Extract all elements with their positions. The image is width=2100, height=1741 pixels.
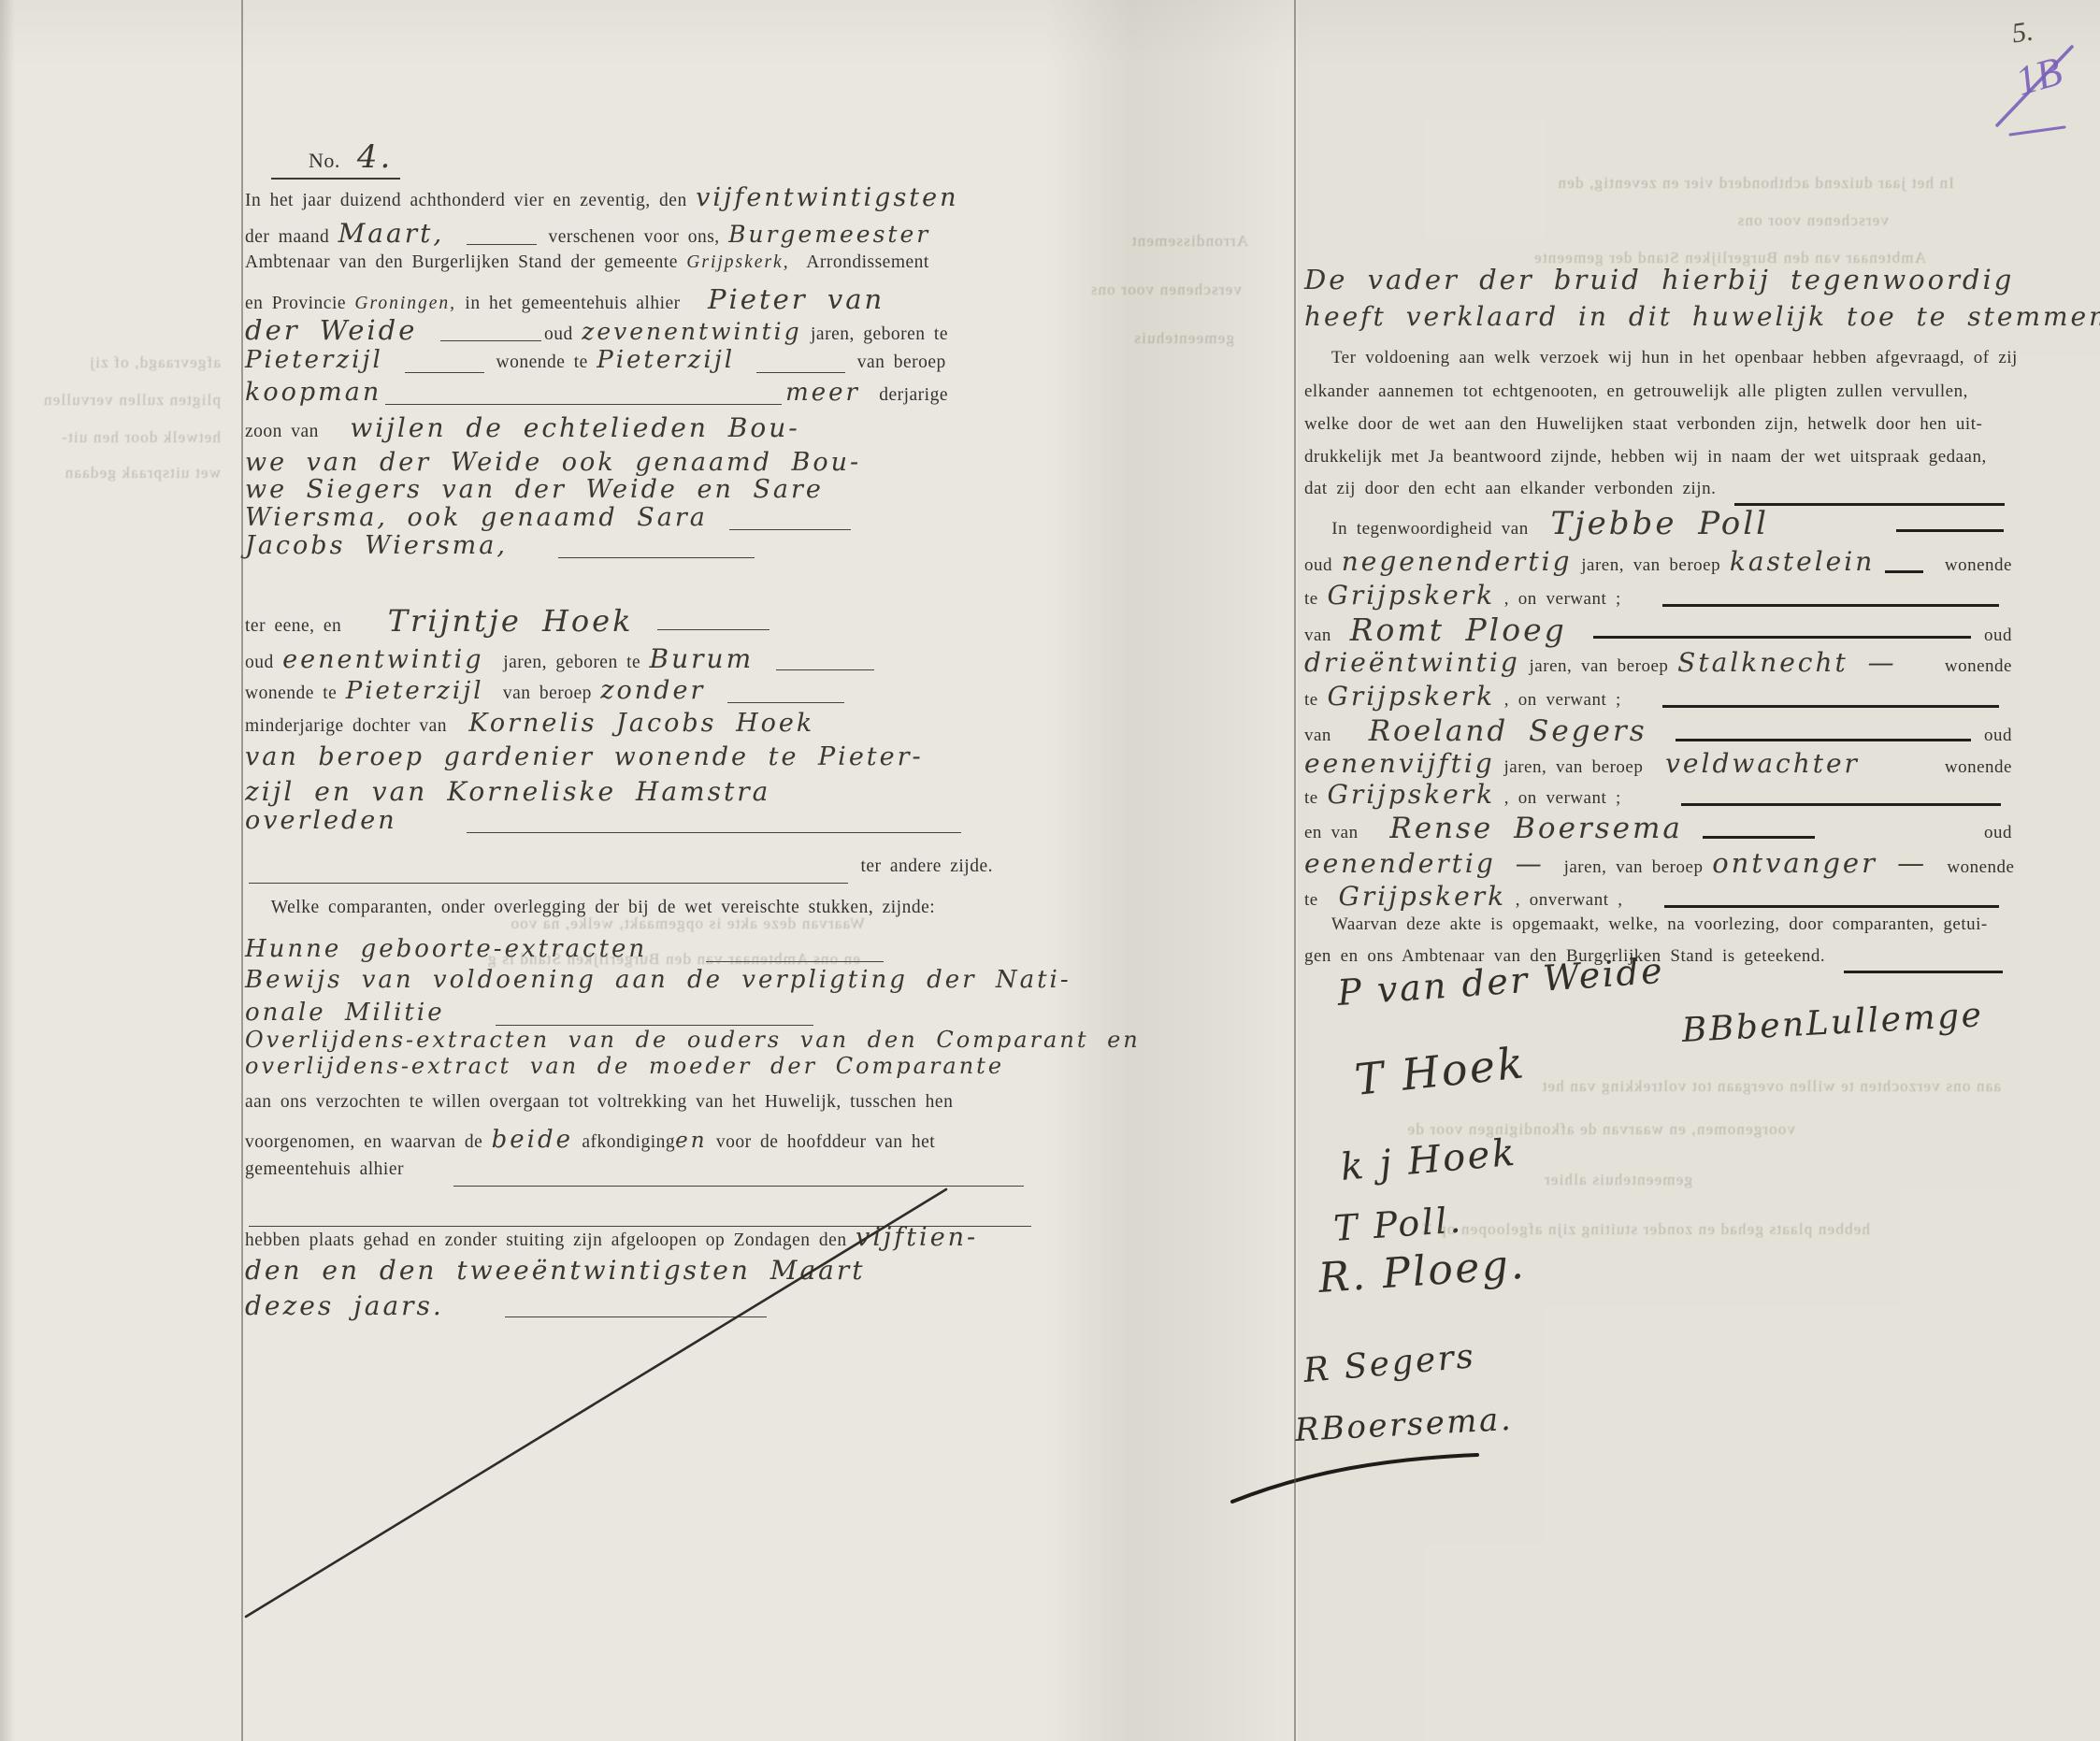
bleed-through-text: en ons Ambtenaar van den Burgerlijken St…: [486, 950, 860, 969]
printed-text: hebben plaats gehad en zonder stuiting z…: [245, 1230, 856, 1251]
document-line: zoon van wijlen de echtelieden Bou-: [245, 412, 948, 446]
handwritten-text: Pieterzijl: [597, 346, 754, 374]
pencil-underline-mark: [2010, 127, 2064, 135]
printed-text: Groningen,: [354, 294, 456, 314]
printed-text: Arrondissement: [790, 252, 929, 273]
fill-line: [496, 1025, 813, 1026]
fill-line: [1676, 739, 1972, 741]
printed-text: Waarvan deze akte is opgemaakt, welke, n…: [1304, 914, 1988, 935]
handwritten-text: Jacobs Wiersma,: [245, 531, 527, 560]
document-line: te Grijpskerk , on verwant ;: [1304, 779, 2012, 813]
handwritten-text: der Weide: [245, 314, 438, 346]
printed-text: , on verwant ;: [1495, 690, 1621, 711]
document-line: eenenvijftig jaren, van beroep veldwacht…: [1304, 748, 2012, 782]
document-line: welke door de wet aan den Huwelijken sta…: [1304, 414, 2012, 448]
handwritten-text: Tjebbe Poll: [1550, 505, 1769, 542]
handwritten-text: Grijpskerk: [1327, 681, 1495, 712]
printed-text: oud: [1975, 726, 2012, 746]
printed-text: jaren, geboren te: [503, 653, 649, 673]
fill-line: [1593, 636, 1972, 639]
printed-text: elkander aannemen tot echtgenooten, en g…: [1304, 381, 1968, 402]
document-line: Ambtenaar van den Burgerlijken Stand der…: [245, 252, 948, 286]
printed-text: jaren, geboren te: [802, 324, 948, 345]
document-line: drukkelijk met Ja beantwoord zijnde, heb…: [1304, 447, 2012, 481]
scan-vignette: [0, 0, 2100, 65]
printed-text: jaren, van beroep: [1564, 857, 1713, 878]
printed-text: derjarige: [879, 385, 948, 406]
scanned-marriage-certificate: No.4.In het jaar duizend achthonderd vie…: [0, 0, 2100, 1741]
handwritten-text: zijl en van Korneliske Hamstra: [245, 776, 770, 807]
handwritten-text: vijfentwintigsten: [696, 183, 958, 212]
document-line: oud negenendertig jaren, van beroep kast…: [1304, 546, 2012, 580]
document-line: van beroep gardenier wonende te Pieter-: [245, 742, 948, 776]
document-line: en van Rense Boersemaoud: [1304, 812, 2012, 845]
printed-text: van beroep: [848, 353, 945, 373]
witness2-signature: R. Ploeg.: [1316, 1241, 1527, 1302]
printed-text: wonende te: [245, 683, 346, 704]
printed-text: oud: [245, 653, 282, 673]
printed-text: te: [1304, 589, 1327, 610]
printed-text: zoon van: [245, 422, 327, 442]
document-line: Pieterzijl wonende te Pieterzijl van ber…: [245, 346, 948, 380]
bleed-through-text: In het jaar duizend achthonderd vier en …: [1515, 174, 1954, 193]
handwritten-text: negenendertig: [1342, 546, 1573, 577]
bleed-through-text: hebben plaats gehad en zonder stuiting z…: [1384, 1220, 1870, 1239]
document-line: koopmanmeer derjarige: [245, 378, 948, 411]
handwritten-text: Trijntje Hoek: [388, 603, 654, 639]
fill-line: [1662, 604, 1999, 607]
handwritten-text: Burum: [650, 643, 773, 674]
fill-dash: [729, 529, 851, 530]
printed-text: Ambtenaar van den Burgerlijken Stand der…: [245, 252, 686, 273]
printed-text: afkondiging: [573, 1132, 675, 1153]
handwritten-text: Pieter van: [708, 283, 885, 315]
witness4-signature: RBoersema.: [1294, 1401, 1514, 1449]
document-line: en Provincie Groningen, in het gemeenteh…: [245, 283, 948, 317]
fill-dash: [1885, 570, 1924, 573]
printed-text: te: [1304, 788, 1327, 809]
bleed-through-text: verschenen voor ons: [1608, 211, 1889, 230]
printed-text: welke door de wet aan den Huwelijken sta…: [1304, 414, 1982, 435]
printed-text: oud: [1975, 626, 2012, 646]
printed-text: van: [1304, 626, 1341, 646]
fill-dash: [467, 244, 537, 245]
handwritten-text: we Siegers van der Weide en Sare: [245, 475, 824, 504]
document-line: In het jaar duizend achthonderd vier en …: [245, 183, 948, 217]
handwritten-text: dezes jaars.: [245, 1290, 464, 1321]
document-line: van Roeland Segers oud: [1304, 714, 2012, 748]
document-line: eenendertig — jaren, van beroep ontvange…: [1304, 847, 2012, 881]
fill-line: [1844, 971, 2003, 973]
document-line: zijl en van Korneliske Hamstra: [245, 776, 948, 810]
fill-line: [505, 1317, 767, 1317]
handwritten-text: Kornelis Jacobs Hoek: [468, 709, 814, 738]
printed-text: oud: [544, 324, 582, 345]
handwritten-text: Romt Ploeg: [1350, 612, 1567, 648]
printed-text: verschenen voor ons,: [539, 227, 728, 248]
handwritten-text: overleden: [245, 806, 416, 835]
handwritten-text: eenendertig —: [1304, 848, 1564, 879]
document-line: minderjarige dochter van Kornelis Jacobs…: [245, 709, 948, 742]
printed-text: gemeentehuis alhier: [245, 1159, 412, 1180]
bleed-through-text: hetwelk door hen uit-: [36, 428, 221, 447]
fill-dash: [1896, 529, 2004, 532]
handwritten-text: Burgemeester: [728, 221, 930, 248]
document-line: drieëntwintig jaren, van beroep Stalknec…: [1304, 647, 2012, 681]
ruled-line: [271, 178, 400, 180]
handwritten-text: Pieterzijl: [245, 346, 402, 374]
document-line: overleden: [245, 806, 965, 840]
fill-dash: [1703, 836, 1815, 839]
handwritten-text: heeft verklaard in dit huwelijk toe te s…: [1304, 301, 2100, 332]
document-line: te Grijpskerk , on verwant ;: [1304, 580, 2012, 613]
printed-text: No.: [309, 149, 340, 173]
document-line: In tegenwoordigheid van Tjebbe Poll: [1304, 505, 2012, 539]
bleed-through-text: Waarvan deze akte is opgemaakt, welke, n…: [510, 914, 865, 933]
printed-text: , on verwant ;: [1495, 589, 1621, 610]
fill-line: [467, 832, 961, 833]
document-line: der Weide oud zevenentwintig jaren, gebo…: [245, 314, 948, 348]
document-line: No.4.: [309, 138, 589, 172]
document-line: De vader der bruid hierbij tegenwoordig: [1304, 264, 2012, 297]
handwritten-text: zonder: [600, 676, 725, 705]
fill-dash: [558, 557, 755, 558]
handwritten-text: we van der Weide ook genaamd Bou-: [245, 448, 861, 477]
printed-text: ter andere zijde.: [852, 856, 993, 877]
printed-text: van beroep: [503, 683, 600, 704]
handwritten-text: beide: [492, 1126, 573, 1154]
handwritten-text: eenentwintig: [282, 645, 503, 674]
printed-text: wonende: [1945, 757, 2012, 778]
document-line: Jacobs Wiersma,: [245, 531, 948, 565]
bleed-through-text: afgevraagd, of zij: [37, 353, 221, 372]
printed-text: , on verwant ;: [1495, 788, 1621, 809]
handwritten-text: veldwachter: [1665, 748, 1860, 779]
left-paper-edge: [0, 0, 15, 1741]
handwritten-text: koopman: [245, 378, 381, 407]
document-line: ter eene, en Trijntje Hoek: [245, 603, 948, 637]
fill-dash: [727, 702, 844, 703]
handwritten-text: Grijpskerk: [1327, 779, 1495, 810]
document-line: gemeentehuis alhier: [245, 1159, 1035, 1193]
document-line: Bewijs van voldoening aan de verpligting…: [245, 966, 948, 1000]
handwritten-text: en: [675, 1129, 707, 1153]
bleed-through-text: Ambtenaar van den Burgerlijken Stand der…: [1515, 249, 1926, 267]
handwritten-text: 4.: [357, 138, 393, 176]
witness3-signature: R Segers: [1302, 1337, 1476, 1390]
handwritten-text: Maart,: [338, 218, 465, 249]
handwritten-text: Wiersma, ook genaamd Sara: [245, 503, 726, 532]
bleed-through-text: voorgenomen, en waarvan de afkondigingen…: [1402, 1120, 1795, 1139]
handwritten-text: meer: [785, 379, 879, 407]
document-line: heeft verklaard in dit huwelijk toe te s…: [1304, 301, 2012, 335]
document-line: te Grijpskerk , on verwant ;: [1304, 681, 2012, 714]
handwritten-text: drieëntwintig: [1304, 647, 1520, 678]
printed-text: jaren, van beroep: [1520, 656, 1677, 677]
fill-dash: [657, 629, 770, 630]
printed-text: Grijpskerk,: [686, 252, 789, 273]
margin-line: [1294, 0, 1296, 1741]
printed-text: te: [1304, 890, 1327, 911]
printed-text: In tegenwoordigheid van: [1304, 519, 1537, 540]
printed-text: oud: [1304, 555, 1342, 576]
printed-text: drukkelijk met Ja beantwoord zijnde, heb…: [1304, 447, 1987, 468]
archivist-pencil-mark: 1B: [2010, 47, 2067, 106]
fill-line: [1681, 803, 2001, 806]
printed-text: dat zij door den echt aan elkander verbo…: [1304, 479, 1716, 499]
handwritten-text: Bewijs van voldoening aan de verpligting…: [245, 966, 1072, 994]
handwritten-text: zevenentwintig: [582, 318, 801, 345]
handwritten-text: van beroep gardenier wonende te Pieter-: [245, 742, 924, 771]
handwritten-text: wijlen de echtelieden Bou-: [350, 412, 799, 443]
folio-page-number: 5.: [2010, 16, 2035, 50]
printed-text: voor de hoofddeur van het: [708, 1132, 936, 1153]
printed-text: minderjarige dochter van: [245, 716, 455, 737]
handwritten-text: De vader der bruid hierbij tegenwoordig: [1304, 264, 2014, 295]
registrar-signature: BBbenLullemge: [1681, 996, 1985, 1050]
margin-line: [241, 0, 243, 1741]
handwritten-text: Roeland Segers: [1369, 714, 1647, 748]
handwritten-text: vijftien-: [856, 1223, 978, 1252]
fill-line: [385, 404, 782, 405]
fill-line: [1664, 905, 2000, 908]
handwritten-text: eenenvijftig: [1304, 748, 1495, 779]
printed-text: en van: [1304, 823, 1367, 843]
printed-text: en Provincie: [245, 294, 354, 314]
printed-text: ter eene, en: [245, 616, 351, 637]
handwritten-text: den en den tweeëntwintigsten Maart: [245, 1255, 865, 1286]
bleed-through-text: gemeentehuis: [1094, 329, 1234, 348]
bleed-through-text: pligten zullen vervullen: [34, 391, 221, 410]
printed-text: In het jaar duizend achthonderd vier en …: [245, 191, 696, 211]
handwritten-text: Overlijdens-extracten van de ouders van …: [245, 1027, 1141, 1053]
handwritten-text: overlijdens-extract van de moeder der Co…: [245, 1053, 1004, 1079]
bleed-through-text: wet uitspraak gedaan: [41, 464, 221, 482]
printed-text: van: [1304, 726, 1341, 746]
handwritten-text: Rense Boersema: [1389, 812, 1683, 845]
document-line: aan ons verzochten te willen overgaan to…: [245, 1092, 948, 1126]
printed-text: , onverwant ,: [1506, 890, 1622, 911]
printed-text: voorgenomen, en waarvan de: [245, 1132, 492, 1153]
document-line: ter andere zijde.: [245, 856, 993, 890]
handwritten-text: onale Militie: [245, 999, 464, 1027]
fill-line: [453, 1186, 1024, 1187]
page-fold-shadow: [1045, 0, 1313, 1741]
printed-text: in het gemeentehuis alhier: [456, 294, 689, 314]
handwritten-text: Grijpskerk: [1327, 580, 1495, 611]
printed-text: te: [1304, 690, 1327, 711]
printed-text: wonende: [1945, 656, 2012, 677]
fill-dash: [405, 372, 484, 373]
handwritten-text: Stalknecht —: [1677, 647, 1897, 678]
printed-text: Ter voldoening aan welk verzoek wij hun …: [1304, 348, 2018, 368]
document-line: hebben plaats gehad en zonder stuiting z…: [245, 1223, 948, 1257]
handwritten-text: kastelein: [1730, 546, 1875, 577]
fill-dash: [776, 669, 874, 670]
signature-flourish: [1232, 1455, 1477, 1502]
document-line: oud eenentwintig jaren, geboren te Burum: [245, 643, 948, 677]
printed-text: wonende: [1947, 857, 2014, 878]
document-line: van Romt Ploeg oud: [1304, 612, 2012, 645]
document-line: voorgenomen, en waarvan de beide afkondi…: [245, 1126, 948, 1159]
bleed-through-text: verschenen voor ons: [1092, 281, 1242, 299]
fill-line: [249, 883, 848, 884]
handwritten-text: Pieterzijl: [346, 677, 503, 705]
printed-text: jaren, van beroep: [1495, 757, 1652, 778]
printed-text: oud: [1984, 823, 2012, 843]
document-line: wonende te Pieterzijl van beroep zonder: [245, 676, 948, 710]
document-line: elkander aannemen tot echtgenooten, en g…: [1304, 381, 2012, 415]
document-line: der maand Maart, verschenen voor ons, Bu…: [245, 218, 948, 252]
printed-text: aan ons verzochten te willen overgaan to…: [245, 1092, 953, 1113]
document-line: te Grijpskerk , onverwant ,: [1304, 881, 2012, 914]
fill-dash: [756, 372, 845, 373]
printed-text: der maand: [245, 227, 338, 248]
document-line: Ter voldoening aan welk verzoek wij hun …: [1304, 348, 2012, 381]
document-line: den en den tweeëntwintigsten Maart: [245, 1255, 948, 1288]
handwritten-text: Grijpskerk: [1338, 881, 1506, 912]
printed-text: wonende te: [487, 353, 597, 373]
bleed-through-text: Arrondissement: [1089, 232, 1248, 251]
document-line: Waarvan deze akte is opgemaakt, welke, n…: [1304, 914, 2012, 948]
document-line: overlijdens-extract van de moeder der Co…: [245, 1053, 948, 1086]
printed-text: wonende: [1926, 555, 2012, 576]
fill-line: [1662, 705, 1999, 708]
printed-text: jaren, van beroep: [1573, 555, 1730, 576]
bleed-through-text: gemeentehuis alhier: [1431, 1171, 1692, 1189]
handwritten-text: ontvanger —: [1712, 847, 1947, 879]
fill-dash: [440, 340, 541, 341]
bleed-through-text: aan ons verzochten te willen overgaan to…: [1496, 1077, 2001, 1096]
document-line: dezes jaars.: [245, 1290, 948, 1324]
